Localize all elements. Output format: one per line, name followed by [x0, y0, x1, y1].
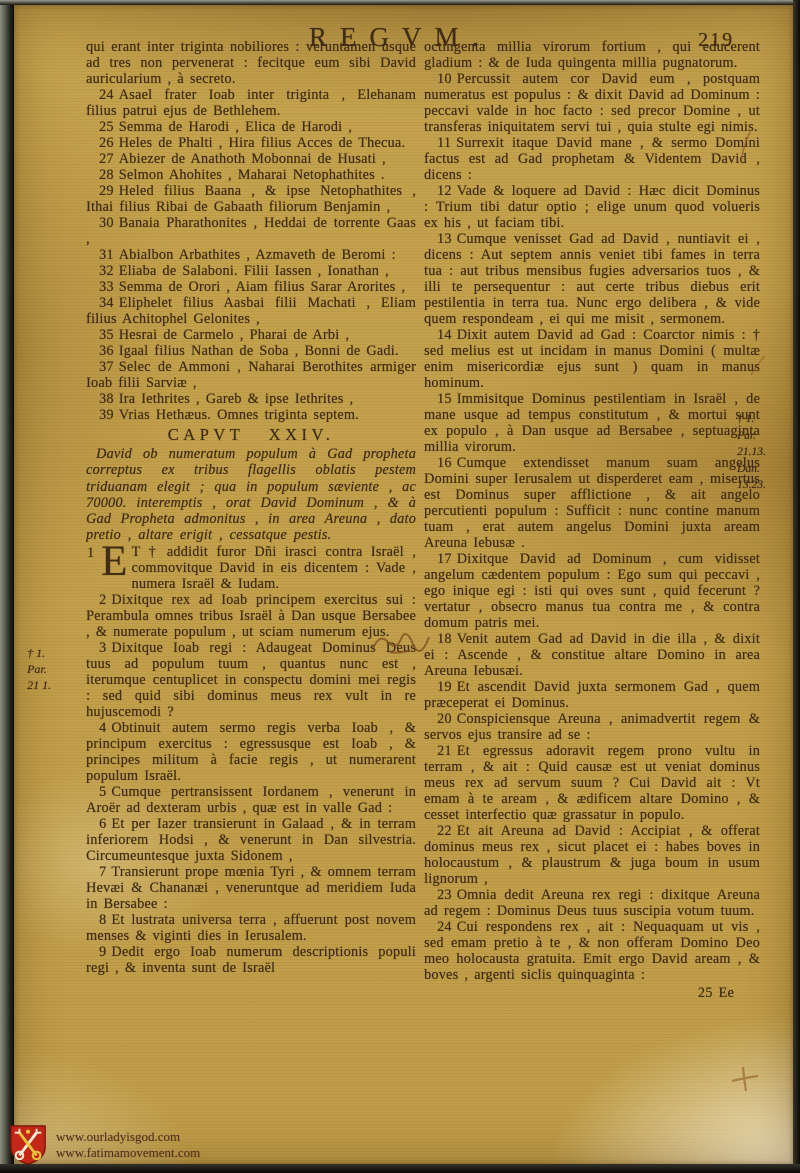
verse-paragraph: 9Dedit ergo Ioab numerum descriptionis p…: [86, 944, 416, 976]
watermark: www.ourladyisgod.com www.fatimamovement.…: [9, 1124, 200, 1166]
verse-number: 5: [99, 784, 106, 800]
verse-paragraph: 37Selec de Ammoni , Naharai Berothites a…: [86, 359, 416, 391]
scanned-book-page: REGVM. 219 qui erant inter triginta nobi…: [0, 0, 800, 1173]
verse-number: 33: [99, 279, 114, 295]
verse-number: 38: [99, 391, 114, 407]
verse-paragraph: 29Heled filius Baana , & ipse Netophathi…: [86, 183, 416, 215]
verse-number: 16: [437, 455, 452, 471]
catchword: 25 Ee: [424, 985, 760, 1001]
verse-paragraph: 33Semma de Orori , Aiam filius Sarar Aro…: [86, 279, 416, 295]
margin-note-right: † 1.Par.21.13.Dan.13.23.: [737, 411, 795, 494]
verse-paragraph: 2Dixitque rex ad Ioab principem exercitu…: [86, 592, 416, 640]
verse-number: 2: [99, 592, 106, 608]
verse-number: 31: [99, 247, 114, 263]
verse-number: 28: [99, 167, 114, 183]
verse-paragraph: 38Ira Iethrites , Gareb & ipse Iethrites…: [86, 391, 416, 407]
verse-paragraph: 27Abiezer de Anathoth Mobonnai de Husati…: [86, 151, 416, 167]
verse-paragraph: 16Cumque extendisset manum suam angelus …: [424, 455, 760, 551]
verse-number: 7: [99, 864, 106, 880]
verse-number: 12: [437, 183, 452, 199]
right-text-column: octingenta millia virorum fortium , qui …: [424, 39, 760, 1129]
verse-number: 24: [437, 919, 452, 935]
verse-paragraph: 10Percussit autem cor David eum , postqu…: [424, 71, 760, 135]
verse-number: 6: [99, 816, 106, 832]
continuation-paragraph: qui erant inter triginta nobiliores : ve…: [86, 39, 416, 87]
book-edge-left: [0, 0, 14, 1173]
papal-crossed-keys-shield-icon: [9, 1124, 47, 1166]
verse-paragraph: 4Obtinuit autem sermo regis verba Ioab ,…: [86, 720, 416, 784]
verse-number: 21: [437, 743, 452, 759]
handwriting-cross-mark: [728, 1064, 762, 1094]
verse-number: 20: [437, 711, 452, 727]
verse-paragraph: 32Eliaba de Salaboni. Filii Iassen , Ion…: [86, 263, 416, 279]
margin-note-left: † 1.Par.21 1.: [27, 645, 79, 693]
verse-number: 23: [437, 887, 452, 903]
verse-paragraph-dropcap: 1ET † addidit furor Dñi irasci contra Is…: [86, 544, 416, 592]
verse-paragraph: 17Dixitque David ad Dominum , cum vidiss…: [424, 551, 760, 631]
verse-paragraph: 23Omnia dedit Areuna rex regi : dixitque…: [424, 887, 760, 919]
verse-number: 17: [437, 551, 452, 567]
verse-paragraph: 39Vrias Hethæus. Omnes triginta septem.: [86, 407, 416, 423]
verse-number: 1: [87, 545, 94, 561]
verse-paragraph: 7Transierunt prope mœnia Tyri , & omnem …: [86, 864, 416, 912]
verse-paragraph: 12Vade & loquere ad David : Hæc dicit Do…: [424, 183, 760, 231]
verse-number: 39: [99, 407, 114, 423]
verse-number: 35: [99, 327, 114, 343]
verse-paragraph: 21Et egressus adoravit regem prono vultu…: [424, 743, 760, 823]
verse-number: 9: [99, 944, 106, 960]
verse-paragraph: 25Semma de Harodi , Elica de Harodi ,: [86, 119, 416, 135]
book-edge-right: [793, 0, 800, 1173]
verse-paragraph: 8Et lustrata universa terra , affuerunt …: [86, 912, 416, 944]
handwriting-slash-mark: [738, 130, 754, 164]
verse-number: 14: [437, 327, 452, 343]
verse-number: 34: [99, 295, 114, 311]
margin-note-line: Dan.: [737, 461, 795, 478]
verse-number: 8: [99, 912, 106, 928]
verse-number: 10: [437, 71, 452, 87]
verse-paragraph: 24Cui respondens rex , ait : Nequaquam u…: [424, 919, 760, 983]
handwriting-curve-mark: [748, 352, 768, 378]
verse-paragraph: 36Igaal filius Nathan de Soba , Bonni de…: [86, 343, 416, 359]
verse-number: 19: [437, 679, 452, 695]
verse-paragraph: 3Dixitque Ioab regi : Adaugeat Dominus D…: [86, 640, 416, 720]
margin-note-line: Par.: [737, 428, 795, 445]
verse-paragraph: 15Immisitque Dominus pestilentiam in Isr…: [424, 391, 760, 455]
watermark-url-2: www.fatimamovement.com: [56, 1145, 200, 1161]
verse-paragraph: 11Surrexit itaque David mane , & sermo D…: [424, 135, 760, 183]
verse-number: 37: [99, 359, 114, 375]
chapter-summary: David ob numeratum populum à Gad prophet…: [86, 446, 416, 544]
verse-number: 29: [99, 183, 114, 199]
verse-paragraph: 18Venit autem Gad ad David in die illa ,…: [424, 631, 760, 679]
verse-paragraph: 24Asael frater Ioab inter triginta , Ele…: [86, 87, 416, 119]
verse-paragraph: 13Cumque venisset Gad ad David , nuntiav…: [424, 231, 760, 327]
verse-paragraph: 22Et ait Areuna ad David : Accipiat , & …: [424, 823, 760, 887]
margin-note-line: 21.13.: [737, 444, 795, 461]
verse-number: 24: [99, 87, 114, 103]
verse-paragraph: 26Heles de Phalti , Hira filius Acces de…: [86, 135, 416, 151]
verse-paragraph: 30Banaia Pharathonites , Heddai de torre…: [86, 215, 416, 247]
book-edge-top: [0, 0, 800, 5]
verse-number: 30: [99, 215, 114, 231]
handwriting-squiggle: [370, 626, 432, 658]
verse-number: 18: [437, 631, 452, 647]
verse-number: 13: [437, 231, 452, 247]
verse-paragraph: 14Dixit autem David ad Gad : Coarctor ni…: [424, 327, 760, 391]
verse-number: 4: [99, 720, 106, 736]
margin-note-line: † 1.: [27, 645, 79, 661]
verse-paragraph: 28Selmon Ahohites , Maharai Netophathite…: [86, 167, 416, 183]
verse-paragraph: 19Et ascendit David juxta sermonem Gad ,…: [424, 679, 760, 711]
verse-number: 3: [99, 640, 106, 656]
verse-paragraph: 35Hesrai de Carmelo , Pharai de Arbi ,: [86, 327, 416, 343]
watermark-url-1: www.ourladyisgod.com: [56, 1129, 200, 1145]
left-text-column: qui erant inter triginta nobiliores : ve…: [86, 39, 416, 1121]
verse-paragraph: 5Cumque pertransissent Iordanem , veneru…: [86, 784, 416, 816]
verse-number: 15: [437, 391, 452, 407]
verse-number: 22: [437, 823, 452, 839]
verse-paragraph: 31Abialbon Arbathites , Azmaveth de Bero…: [86, 247, 416, 263]
margin-note-line: 21 1.: [27, 677, 79, 693]
margin-note-line: 13.23.: [737, 477, 795, 494]
verse-paragraph: 6Et per Iazer transierunt in Galaad , & …: [86, 816, 416, 864]
verse-number: 27: [99, 151, 114, 167]
verse-number: 11: [437, 135, 451, 151]
verse-number: 26: [99, 135, 114, 151]
margin-note-line: † 1.: [737, 411, 795, 428]
margin-note-line: Par.: [27, 661, 79, 677]
chapter-heading: CAPVT XXIV.: [86, 427, 416, 443]
continuation-paragraph: octingenta millia virorum fortium , qui …: [424, 39, 760, 71]
verse-number: 32: [99, 263, 114, 279]
verse-number: 25: [99, 119, 114, 135]
verse-paragraph: 20Conspiciensque Areuna , animadvertit r…: [424, 711, 760, 743]
verse-number: 36: [99, 343, 114, 359]
verse-paragraph: 34Eliphelet filius Aasbai filii Machati …: [86, 295, 416, 327]
